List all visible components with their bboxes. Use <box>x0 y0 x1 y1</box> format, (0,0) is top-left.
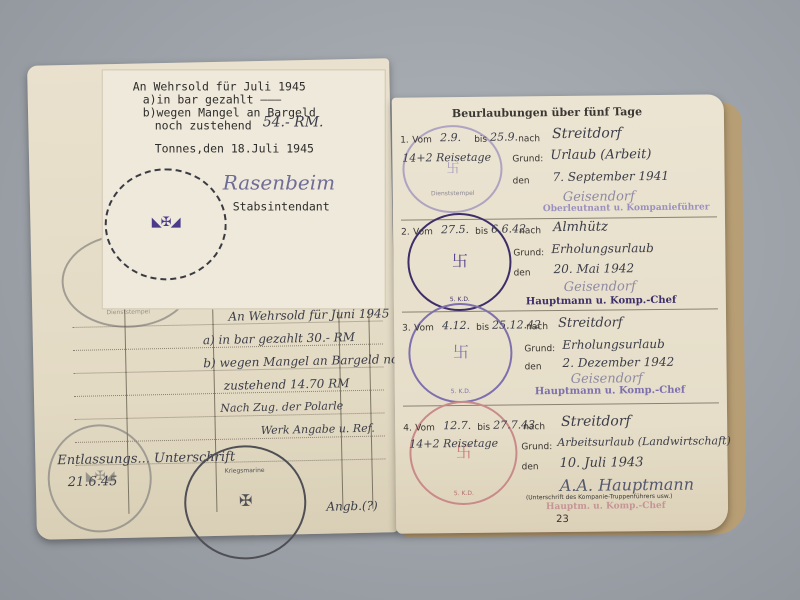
eagle-icon: 卐 <box>452 249 467 272</box>
hand-line-5: Nach Zug. der Polarle <box>220 399 343 415</box>
column-rule <box>368 299 373 509</box>
slip-place-date: Tonnes,den 18.Juli 1945 <box>155 142 314 155</box>
eagle-stamp: ◣✠◢ <box>105 168 227 280</box>
slip-amount: 54.- RM. <box>263 114 324 130</box>
hand-line-4: zustehend 14.70 RM <box>224 376 350 393</box>
pasted-pay-slip: An Wehrsold für Juli 1945 a)in bar gezah… <box>102 69 386 309</box>
right-page: Beurlaubungen über fünf Tage 卐 Dienstste… <box>392 94 729 533</box>
stamp-label: Kriegsmarine <box>186 466 304 475</box>
gray-eagle-stamp: ◣✠◢ <box>47 423 153 533</box>
page-heading: Beurlaubungen über fünf Tage <box>452 105 642 120</box>
stamp: 卐 5. K.D. <box>409 400 518 505</box>
eagle-icon: 卐 <box>453 340 468 363</box>
left-page: Dienststempel An Wehrsold für Juli 1945 … <box>27 58 399 539</box>
page-number: 23 <box>556 514 569 525</box>
slip-line-4: noch zustehend <box>155 119 252 132</box>
slip-title: Stabsintendant <box>233 200 330 213</box>
eagle-icon: ✠ <box>239 491 252 510</box>
slip-signature: Rasenbeim <box>223 170 335 194</box>
hand-line-9: Angb.(?) <box>326 499 378 514</box>
hand-line-6: Werk Angabe u. Ref. <box>261 422 375 437</box>
eagle-icon: ◣✠◢ <box>152 215 180 230</box>
eagle-icon: ◣✠◢ <box>86 469 114 485</box>
